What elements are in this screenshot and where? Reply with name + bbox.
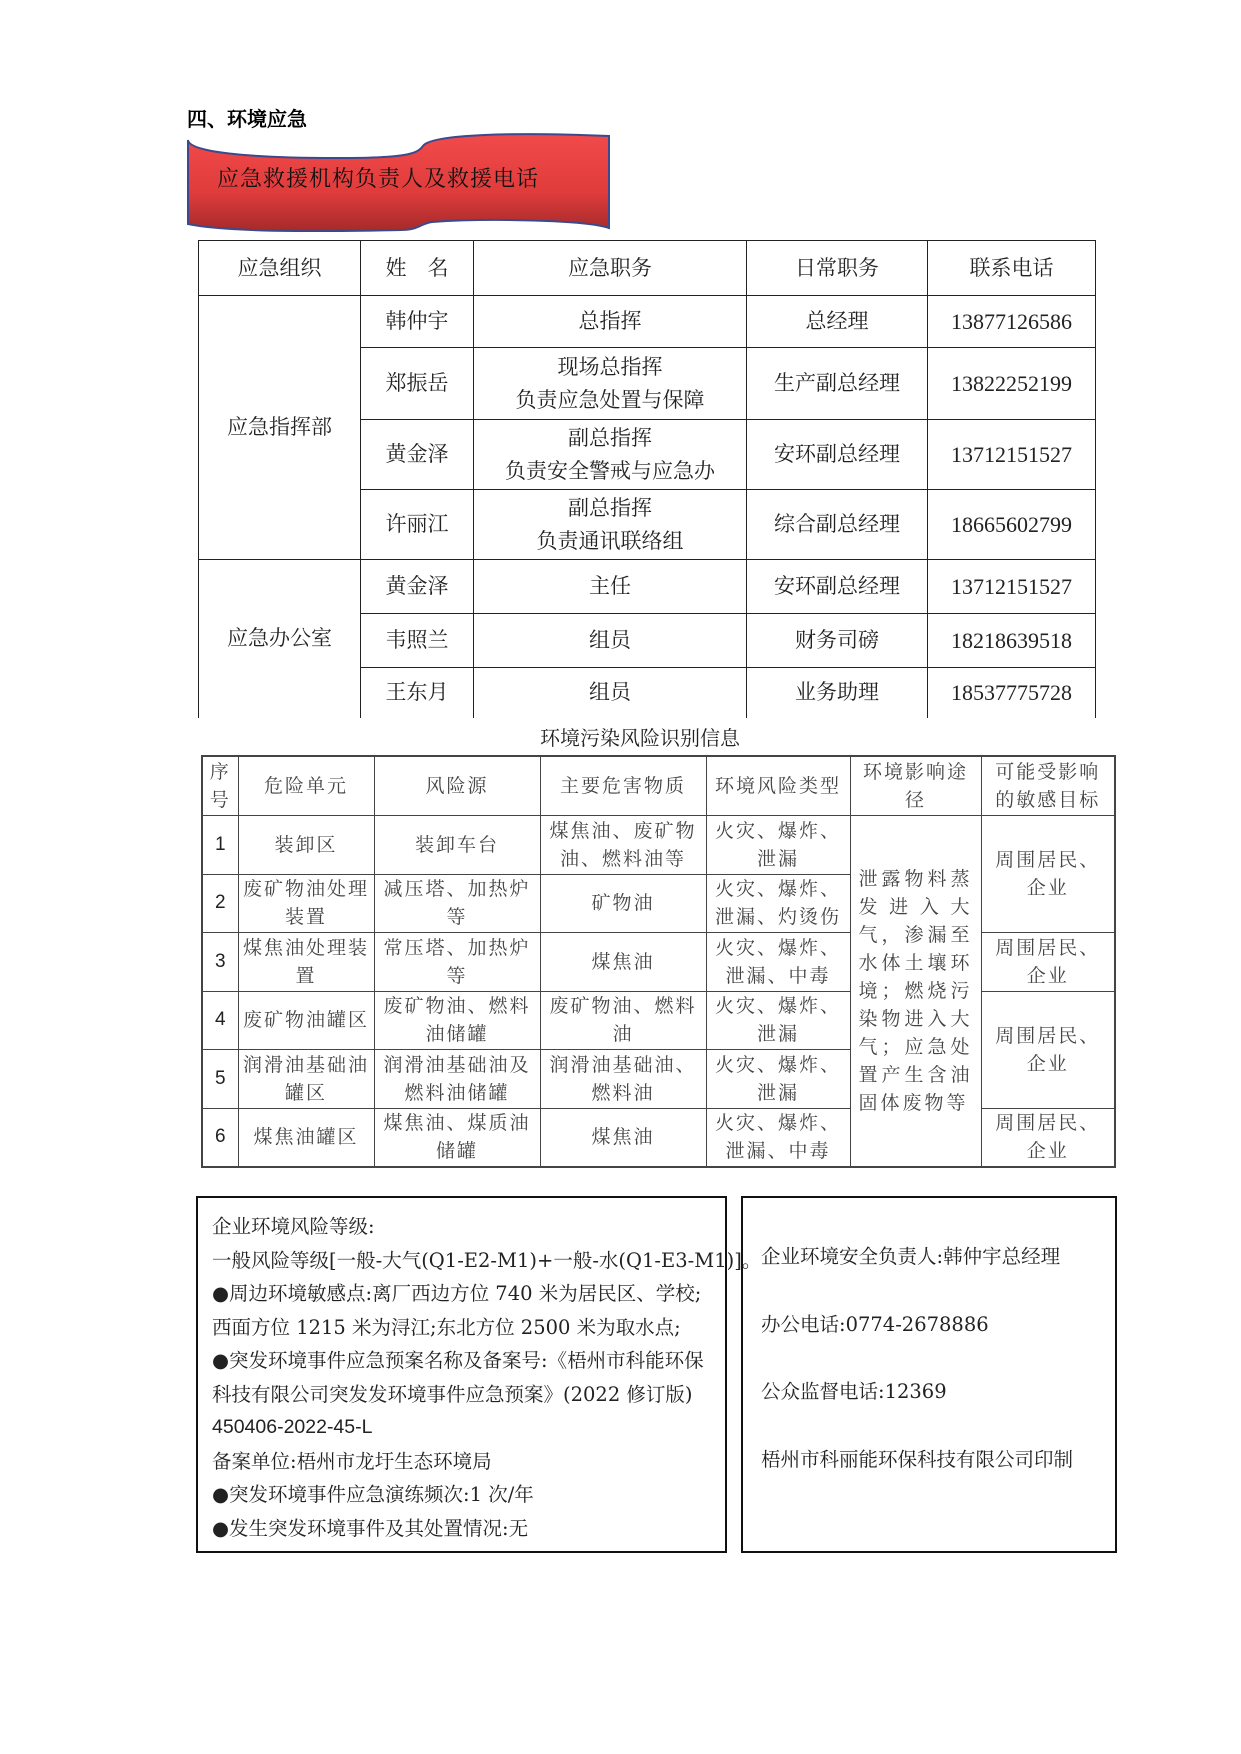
info-line: 企业环境风险等级: <box>212 1210 711 1244</box>
role-line: 负责安全警戒与应急办 <box>474 455 746 488</box>
header-no: 序号 <box>202 756 238 815</box>
risk-type-cell: 火灾、爆炸、泄漏 <box>706 1049 850 1108</box>
info-line: 备案单位:梧州市龙圩生态环境局 <box>212 1445 711 1479</box>
header-risk-type: 环境风险类型 <box>706 756 850 815</box>
name-cell: 许丽江 <box>361 490 474 560</box>
name-cell: 韩仲宇 <box>361 296 474 348</box>
contact-info-box: 企业环境安全负责人:韩仲宇总经理 办公电话:0774-2678886 公众监督电… <box>741 1196 1117 1553</box>
emergency-role-cell: 副总指挥 负责安全警戒与应急办 <box>474 420 747 490</box>
substance-cell: 废矿物油、燃料油 <box>540 991 706 1049</box>
daily-role-cell: 安环副总经理 <box>747 560 928 614</box>
row-no: 6 <box>202 1108 238 1167</box>
role-line: 总指挥 <box>474 305 746 338</box>
emergency-role-cell: 主任 <box>474 560 747 614</box>
source-cell: 润滑油基础油及燃料油储罐 <box>374 1049 540 1108</box>
info-line: ●周边环境敏感点:离厂西边方位 740 米为居民区、学校; <box>212 1277 711 1311</box>
row-no: 3 <box>202 932 238 991</box>
banner: 应急救援机构负责人及救援电话 <box>187 132 611 232</box>
role-line: 副总指挥 <box>474 422 746 455</box>
risk-level-info-box: 企业环境风险等级: 一般风险等级[一般-大气(Q1-E2-M1)+一般-水(Q1… <box>196 1196 727 1553</box>
header-org: 应急组织 <box>199 241 361 296</box>
emergency-role-cell: 副总指挥 负责通讯联络组 <box>474 490 747 560</box>
role-line: 负责通讯联络组 <box>474 525 746 558</box>
printer-credit: 梧州市科丽能环保科技有限公司印制 <box>761 1443 1097 1477</box>
risk-identification-table: 序号 危险单元 风险源 主要危害物质 环境风险类型 环境影响途径 可能受影响的敏… <box>201 755 1116 1168</box>
daily-role-cell: 总经理 <box>747 296 928 348</box>
emergency-role-cell: 组员 <box>474 614 747 668</box>
name-cell: 黄金泽 <box>361 420 474 490</box>
source-cell: 减压塔、加热炉等 <box>374 874 540 932</box>
row-no: 5 <box>202 1049 238 1108</box>
source-cell: 废矿物油、燃料油储罐 <box>374 991 540 1049</box>
header-source: 风险源 <box>374 756 540 815</box>
org-cell: 应急办公室 <box>199 560 361 718</box>
role-line: 副总指挥 <box>474 492 746 525</box>
header-phone: 联系电话 <box>928 241 1096 296</box>
target-cell: 周围居民、企业 <box>981 932 1115 991</box>
info-line: 450406-2022-45-L <box>212 1411 711 1445</box>
daily-role-cell: 业务助理 <box>747 668 928 718</box>
emergency-role-cell: 总指挥 <box>474 296 747 348</box>
info-line: 西面方位 1215 米为浔江;东北方位 2500 米为取水点; <box>212 1311 711 1345</box>
header-daily-role: 日常职务 <box>747 241 928 296</box>
info-line: 科技有限公司突发发环境事件应急预案》(2022 修订版) <box>212 1378 711 1412</box>
office-phone: 办公电话:0774-2678886 <box>761 1308 1097 1342</box>
table-row: 1 装卸区 装卸车台 煤焦油、废矿物油、燃料油等 火灾、爆炸、泄漏 泄露物料蒸发… <box>202 815 1115 874</box>
name-cell: 韦照兰 <box>361 614 474 668</box>
substance-cell: 润滑油基础油、燃料油 <box>540 1049 706 1108</box>
phone-cell: 18218639518 <box>928 614 1096 668</box>
name-cell: 黄金泽 <box>361 560 474 614</box>
substance-cell: 煤焦油 <box>540 932 706 991</box>
info-line: ●突发环境事件应急预案名称及备案号:《梧州市科能环保 <box>212 1344 711 1378</box>
header-name: 姓 名 <box>361 241 474 296</box>
source-cell: 煤焦油、煤质油储罐 <box>374 1108 540 1167</box>
unit-cell: 煤焦油罐区 <box>238 1108 374 1167</box>
phone-cell: 13712151527 <box>928 560 1096 614</box>
header-unit: 危险单元 <box>238 756 374 815</box>
substance-cell: 煤焦油、废矿物油、燃料油等 <box>540 815 706 874</box>
risk-type-cell: 火灾、爆炸、泄漏 <box>706 815 850 874</box>
info-line: ●突发环境事件应急演练频次:1 次/年 <box>212 1478 711 1512</box>
unit-cell: 废矿物油罐区 <box>238 991 374 1049</box>
risk-type-cell: 火灾、爆炸、泄漏、中毒 <box>706 932 850 991</box>
row-no: 2 <box>202 874 238 932</box>
header-substance: 主要危害物质 <box>540 756 706 815</box>
name-cell: 王东月 <box>361 668 474 718</box>
name-cell: 郑振岳 <box>361 348 474 420</box>
header-targets: 可能受影响的敏感目标 <box>981 756 1115 815</box>
source-cell: 常压塔、加热炉等 <box>374 932 540 991</box>
substance-cell: 煤焦油 <box>540 1108 706 1167</box>
risk-type-cell: 火灾、爆炸、泄漏 <box>706 991 850 1049</box>
header-emergency-role: 应急职务 <box>474 241 747 296</box>
table-row: 应急办公室 黄金泽 主任 安环副总经理 13712151527 <box>199 560 1096 614</box>
row-no: 1 <box>202 815 238 874</box>
role-line: 组员 <box>474 676 746 709</box>
risk-table-title: 环境污染风险识别信息 <box>540 722 740 751</box>
source-cell: 装卸车台 <box>374 815 540 874</box>
info-line: ●发生突发环境事件及其处置情况:无 <box>212 1512 711 1546</box>
header-impact-path: 环境影响途径 <box>850 756 981 815</box>
phone-cell: 13712151527 <box>928 420 1096 490</box>
unit-cell: 润滑油基础油罐区 <box>238 1049 374 1108</box>
target-cell: 周围居民、企业 <box>981 1108 1115 1167</box>
public-supervision-phone: 公众监督电话:12369 <box>761 1375 1097 1409</box>
banner-title: 应急救援机构负责人及救援电话 <box>217 162 539 193</box>
phone-cell: 18537775728 <box>928 668 1096 718</box>
org-cell: 应急指挥部 <box>199 296 361 560</box>
table-header-row: 应急组织 姓 名 应急职务 日常职务 联系电话 <box>199 241 1096 296</box>
info-line: 一般风险等级[一般-大气(Q1-E2-M1)+一般-水(Q1-E3-M1)]。 <box>212 1244 711 1278</box>
phone-cell: 13877126586 <box>928 296 1096 348</box>
target-cell: 周围居民、企业 <box>981 815 1115 932</box>
row-no: 4 <box>202 991 238 1049</box>
phone-cell: 18665602799 <box>928 490 1096 560</box>
role-line: 负责应急处置与保障 <box>474 384 746 417</box>
emergency-role-cell: 组员 <box>474 668 747 718</box>
role-line: 现场总指挥 <box>474 351 746 384</box>
daily-role-cell: 安环副总经理 <box>747 420 928 490</box>
responsible-person: 企业环境安全负责人:韩仲宇总经理 <box>761 1240 1097 1274</box>
emergency-role-cell: 现场总指挥 负责应急处置与保障 <box>474 348 747 420</box>
phone-cell: 13822252199 <box>928 348 1096 420</box>
risk-type-cell: 火灾、爆炸、泄漏、灼烫伤 <box>706 874 850 932</box>
table-header-row: 序号 危险单元 风险源 主要危害物质 环境风险类型 环境影响途径 可能受影响的敏… <box>202 756 1115 815</box>
section-heading: 四、环境应急 <box>187 103 307 132</box>
unit-cell: 废矿物油处理装置 <box>238 874 374 932</box>
target-cell: 周围居民、企业 <box>981 991 1115 1108</box>
unit-cell: 装卸区 <box>238 815 374 874</box>
risk-type-cell: 火灾、爆炸、泄漏、中毒 <box>706 1108 850 1167</box>
daily-role-cell: 综合副总经理 <box>747 490 928 560</box>
table-row: 应急指挥部 韩仲宇 总指挥 总经理 13877126586 <box>199 296 1096 348</box>
daily-role-cell: 财务司磅 <box>747 614 928 668</box>
substance-cell: 矿物油 <box>540 874 706 932</box>
daily-role-cell: 生产副总经理 <box>747 348 928 420</box>
role-line: 组员 <box>474 624 746 657</box>
impact-path-cell: 泄露物料蒸发进入大气，渗漏至水体土壤环境；燃烧污染物进入大气；应急处置产生含油固… <box>850 815 981 1167</box>
unit-cell: 煤焦油处理装置 <box>238 932 374 991</box>
emergency-contacts-table: 应急组织 姓 名 应急职务 日常职务 联系电话 应急指挥部 韩仲宇 总指挥 总经… <box>198 240 1096 718</box>
role-line: 主任 <box>474 570 746 603</box>
